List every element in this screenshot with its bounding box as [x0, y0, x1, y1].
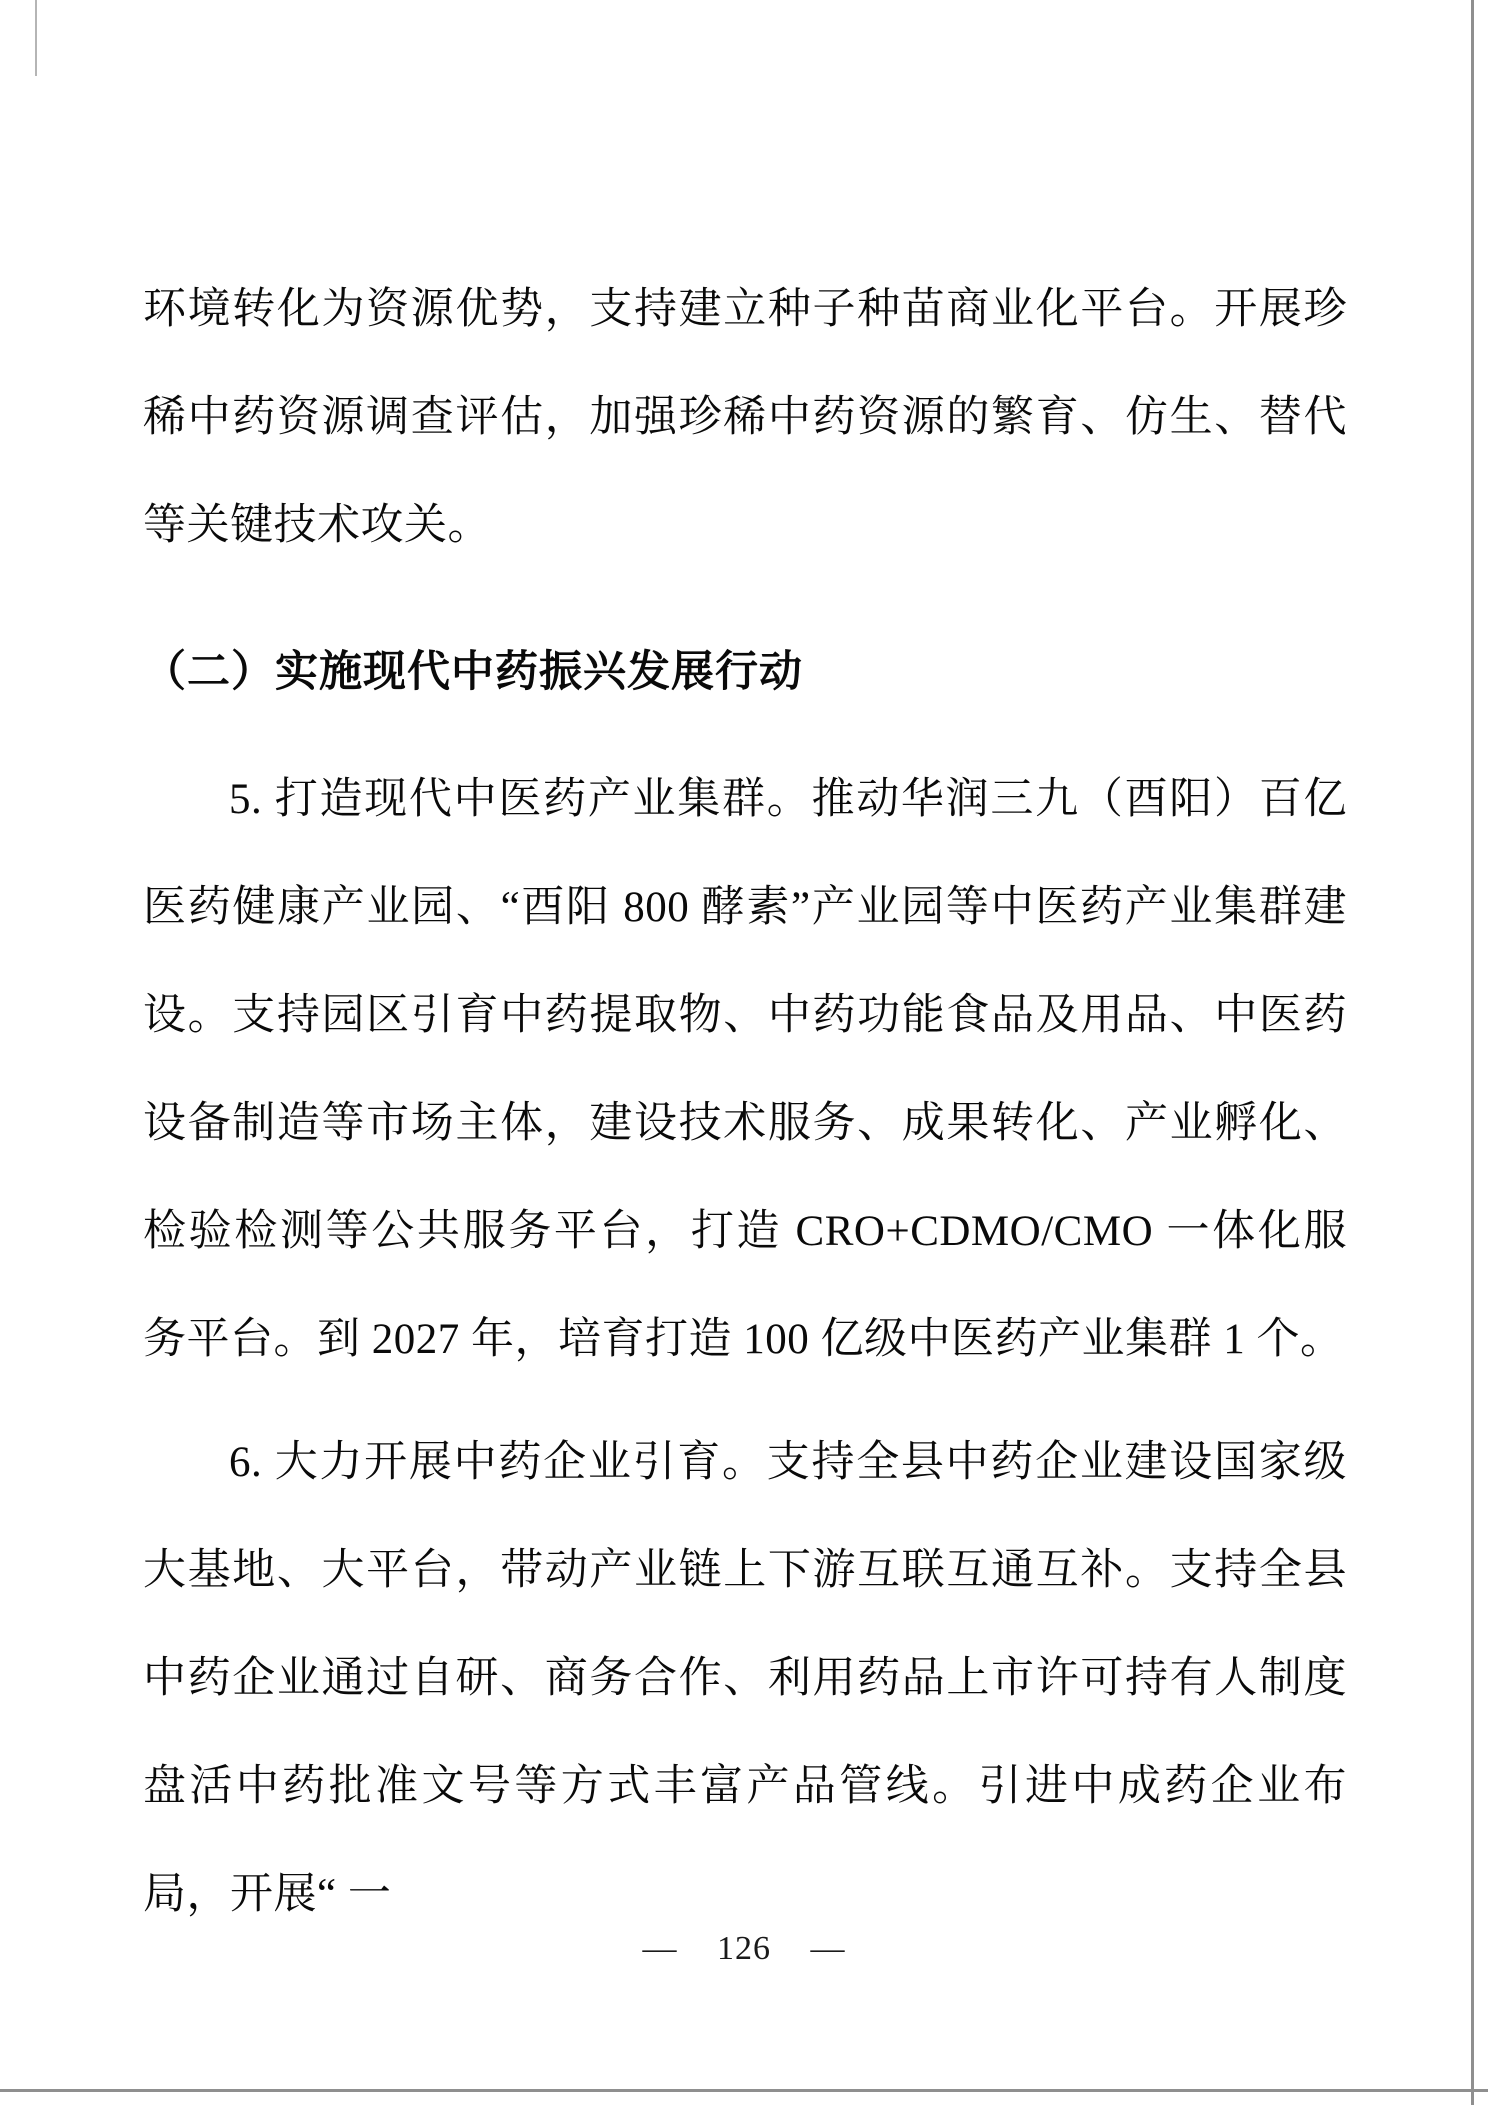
page-content: 环境转化为资源优势，支持建立种子种苗商业化平台。开展珍稀中药资源调查评估，加强珍… — [143, 256, 1347, 1949]
paragraph-item-6: 6. 大力开展中药企业引育。支持全县中药企业建设国家级大基地、大平台，带动产业链… — [143, 1409, 1347, 1949]
scan-artifact-bottom-edge — [0, 2089, 1488, 2092]
page-number: — 126 — — [0, 1930, 1488, 1968]
document-page: 环境转化为资源优势，支持建立种子种苗商业化平台。开展珍稀中药资源调查评估，加强珍… — [0, 0, 1488, 2105]
scan-artifact-right-edge — [1471, 0, 1474, 2105]
paragraph-item-5: 5. 打造现代中医药产业集群。推动华润三九（酉阳）百亿医药健康产业园、“酉阳 8… — [143, 746, 1347, 1394]
paragraph-continuation: 环境转化为资源优势，支持建立种子种苗商业化平台。开展珍稀中药资源调查评估，加强珍… — [143, 256, 1347, 580]
scan-artifact-top-left — [35, 0, 37, 76]
section-heading: （二）实施现代中药振兴发展行动 — [143, 618, 1347, 726]
